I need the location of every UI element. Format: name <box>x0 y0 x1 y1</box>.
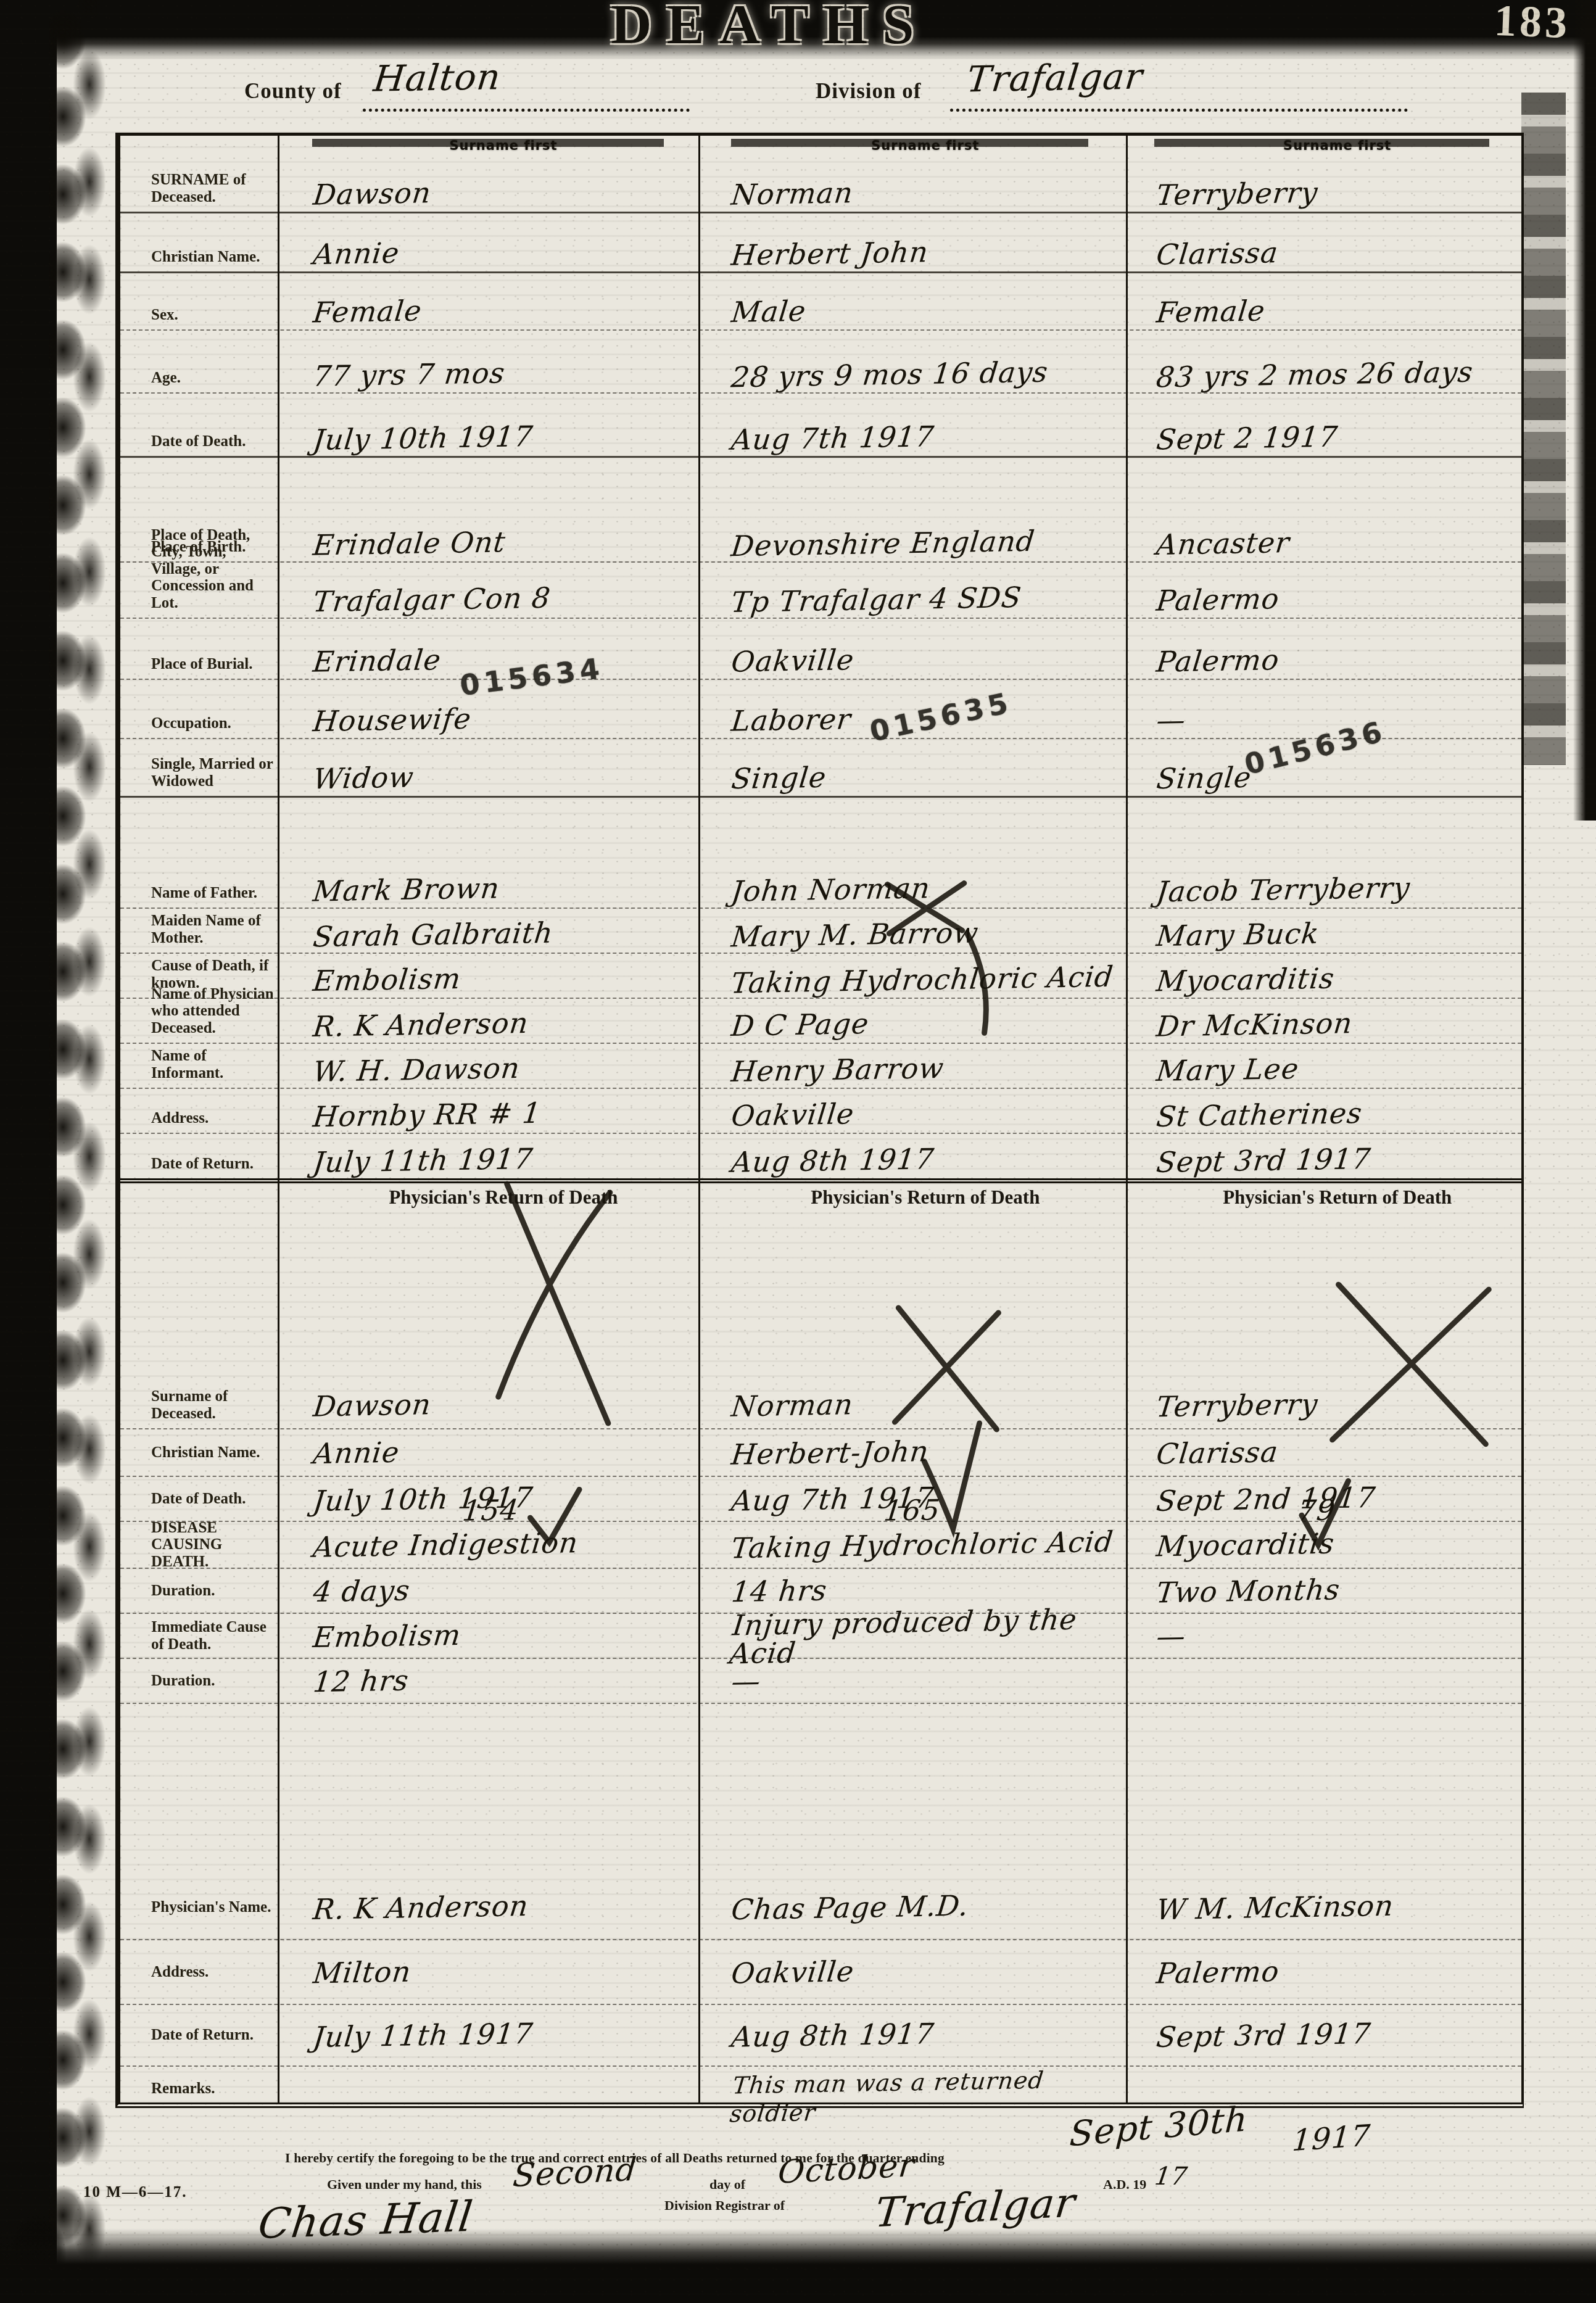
division-underline <box>950 109 1408 112</box>
entry-cell: Hornby RR # 1 <box>279 1089 697 1133</box>
entry-cell: Taking Hydrochloric Acid <box>697 954 1122 998</box>
row-label: Place of Death, City, Town, Village, or … <box>120 563 279 618</box>
table-row-date-of-death: Date of Death. July 10th 1917 Aug 7th 19… <box>120 394 1521 458</box>
pr-row-physician-name: Physician's Name. R. K Anderson Chas Pag… <box>120 1875 1521 1940</box>
table-row-surname: SURNAME of Deceased. Dawson Norman Terry… <box>120 159 1521 213</box>
entry-cell: Widow <box>279 739 697 796</box>
entry-cell: Devonshire England <box>697 458 1122 561</box>
physicians-return-header-row: Physician's Return of Death Physician's … <box>120 1178 1521 1215</box>
entry-cell: Annie <box>279 213 697 271</box>
table-row-place-of-birth: Place of Birth. Erindale Ont Devonshire … <box>120 458 1521 563</box>
entry-cell: — <box>697 1659 1122 1703</box>
spacer-row <box>120 1215 1521 1382</box>
row-label: Address. <box>120 1940 279 2004</box>
entry-cell: 12 hrs <box>279 1659 697 1703</box>
entry-cell: St Catherines <box>1122 1089 1521 1133</box>
row-label: DISEASE CAUSING DEATH. <box>120 1522 279 1568</box>
surname-first-header: Surname first <box>279 136 697 159</box>
entry-cell: Terryberry <box>1122 1382 1521 1428</box>
given-day-value: Second <box>511 2151 639 2194</box>
entry-cell: Palermo <box>1122 563 1521 618</box>
county-division-line: County of Halton Division of Trafalgar <box>0 65 1596 118</box>
entry-cell: Erindale Ont <box>279 458 697 561</box>
entry-cell: Norman <box>697 159 1122 212</box>
month-value: October <box>777 2147 916 2191</box>
given-under-hand-text: Given under my hand, this <box>327 2177 482 2193</box>
entry-cell: Mark Brown <box>279 798 697 908</box>
entry-cell: July 11th 1917 <box>279 1134 697 1178</box>
entry-cell: Herbert John <box>697 213 1122 271</box>
entry-cell: R. K Anderson <box>279 1875 697 1939</box>
table-row-cause-of-death: Cause of Death, if known. Embolism Takin… <box>120 954 1521 999</box>
row-label: Physician's Name. <box>120 1875 279 1939</box>
entry-cell: July 11th 1917 <box>279 2005 697 2065</box>
spacer-row <box>120 1704 1521 1875</box>
scan-left-binding-edge <box>0 0 57 2303</box>
table-row-occupation: Occupation. Housewife Laborer — <box>120 680 1521 739</box>
table-row-address: Address. Hornby RR # 1 Oakville St Cathe… <box>120 1089 1521 1134</box>
entry-cell: — <box>1122 1614 1521 1658</box>
disease-code: 154 <box>461 1495 521 1525</box>
entry-cell: Annie <box>279 1429 697 1476</box>
row-label: Address. <box>120 1089 279 1133</box>
table-row-place-of-burial: Place of Burial. Erindale Oakville Paler… <box>120 619 1521 680</box>
entry-cell: Dawson <box>279 1382 697 1428</box>
table-row-date-of-return: Date of Return. July 11th 1917 Aug 8th 1… <box>120 1134 1521 1178</box>
pr-row-remarks: Remarks. This man was a returned soldier <box>120 2067 1521 2111</box>
entry-cell: Trafalgar Con 8 <box>279 563 697 618</box>
entry-cell: Palermo <box>1122 1940 1521 2004</box>
entry-cell: Female <box>279 273 697 329</box>
entry-cell: Sept 3rd 1917 <box>1122 2005 1521 2065</box>
entry-cell: Dr McKinson <box>1122 999 1521 1043</box>
entry-cell: Chas Page M.D. <box>697 1875 1122 1939</box>
entry-cell: Female <box>1122 273 1521 329</box>
pr-row-surname: Surname of Deceased. Dawson Norman Terry… <box>120 1382 1521 1429</box>
row-label: SURNAME of Deceased. <box>120 159 279 212</box>
label-cell <box>120 1183 279 1215</box>
row-label: Christian Name. <box>120 1429 279 1476</box>
division-label: Division of <box>816 79 921 104</box>
entry-cell <box>279 2067 697 2111</box>
entry-cell: Dawson <box>279 159 697 212</box>
pr-row-immediate-cause: Immediate Cause of Death. Embolism Injur… <box>120 1614 1521 1659</box>
row-label: Duration. <box>120 1659 279 1703</box>
row-label: Surname of Deceased. <box>120 1382 279 1428</box>
entry-cell: D C Page <box>697 999 1122 1043</box>
entry-cell: Aug 8th 1917 <box>697 1134 1122 1178</box>
entry-cell: Mary Lee <box>1122 1044 1521 1088</box>
row-label: Date of Death. <box>120 394 279 456</box>
section-header: Physician's Return of Death <box>279 1183 697 1215</box>
entry-cell: Norman <box>697 1382 1122 1428</box>
entry-cell: Two Months <box>1122 1569 1521 1613</box>
section-header: Physician's Return of Death <box>697 1183 1122 1215</box>
column-header-row: Surname first Surname first Surname firs… <box>120 136 1521 159</box>
entry-cell: Clarissa <box>1122 1429 1521 1476</box>
row-label: Single, Married or Widowed <box>120 739 279 796</box>
entry-cell: Embolism <box>279 1614 697 1658</box>
table-row-father: Name of Father. Mark Brown John Norman J… <box>120 798 1521 909</box>
entry-cell: Mary M. Barrow <box>697 909 1122 953</box>
entry-cell: Palermo <box>1122 619 1521 679</box>
entry-cell: This man was a returned soldier <box>697 2067 1122 2111</box>
row-label: Name of Informant. <box>120 1044 279 1088</box>
register-table: Surname first Surname first Surname firs… <box>115 133 1524 2108</box>
column-divider <box>698 136 700 2102</box>
disease-code: 165 <box>883 1495 942 1525</box>
table-row-physician: Name of Physician who attended Deceased.… <box>120 999 1521 1044</box>
row-label: Christian Name. <box>120 213 279 271</box>
county-label: County of <box>244 79 342 104</box>
entry-cell: Injury produced by the Acid <box>697 1614 1122 1658</box>
pr-row-date-of-return: Date of Return. July 11th 1917 Aug 8th 1… <box>120 2005 1521 2067</box>
entry-cell: Mary Buck <box>1122 909 1521 953</box>
entry-cell: Oakville <box>697 1089 1122 1133</box>
entry-cell: Aug 8th 1917 <box>697 2005 1122 2065</box>
table-row-place-of-death: Place of Death, City, Town, Village, or … <box>120 563 1521 619</box>
ad-label: A.D. 19 <box>1103 2177 1146 2193</box>
table-row-mother: Maiden Name of Mother. Sarah Galbraith M… <box>120 909 1521 954</box>
entry-cell <box>1122 2067 1521 2111</box>
section-header: Physician's Return of Death <box>1122 1183 1521 1215</box>
row-label: Immediate Cause of Death. <box>120 1614 279 1658</box>
entry-cell: 4 days <box>279 1569 697 1613</box>
entry-cell: Milton <box>279 1940 697 2004</box>
table-row-christian-name: Christian Name. Annie Herbert John Clari… <box>120 213 1521 273</box>
entry-cell: 83 yrs 2 mos 26 days <box>1122 331 1521 392</box>
row-label: Date of Death. <box>120 1477 279 1521</box>
entry-cell: Male <box>697 273 1122 329</box>
county-underline <box>363 109 690 112</box>
entry-cell: Single <box>697 739 1122 796</box>
table-row-informant: Name of Informant. W. H. Dawson Henry Ba… <box>120 1044 1521 1089</box>
entry-cell: Oakville <box>697 619 1122 679</box>
entry-cell: Sarah Galbraith <box>279 909 697 953</box>
row-label: Age. <box>120 331 279 392</box>
entry-cell: Herbert-John <box>697 1429 1122 1476</box>
pr-row-christian-name: Christian Name. Annie Herbert-John Clari… <box>120 1429 1521 1477</box>
day-of-label: day of <box>709 2177 745 2193</box>
entry-cell: 165Taking Hydrochloric Acid <box>697 1522 1122 1568</box>
entry-cell: 154Acute Indigestion <box>279 1522 697 1568</box>
entry-cell: 28 yrs 9 mos 16 days <box>697 331 1122 392</box>
entry-cell: W M. McKinson <box>1122 1875 1521 1939</box>
entry-cell: Ancaster <box>1122 458 1521 561</box>
entry-cell: 77 yrs 7 mos <box>279 331 697 392</box>
entry-cell: John Norman <box>697 798 1122 908</box>
entry-cell: Sept 3rd 1917 <box>1122 1134 1521 1178</box>
entry-cell: Oakville <box>697 1940 1122 2004</box>
entry-cell: Henry Barrow <box>697 1044 1122 1088</box>
row-label: Sex. <box>120 273 279 329</box>
entry-cell: Embolism <box>279 954 697 998</box>
entry-cell: Jacob Terryberry <box>1122 798 1521 908</box>
pr-row-disease: DISEASE CAUSING DEATH. 154Acute Indigest… <box>120 1522 1521 1569</box>
column-divider <box>278 136 279 2102</box>
disease-code: 79 <box>1296 1495 1337 1524</box>
ad-year-value: 17 <box>1153 2162 1189 2191</box>
quarter-ending-year: 1917 <box>1291 2119 1372 2159</box>
entry-cell: 79Myocarditis <box>1122 1522 1521 1568</box>
row-label: Name of Father. <box>120 798 279 908</box>
surname-first-header: Surname first <box>1122 136 1521 159</box>
surname-first-header: Surname first <box>697 136 1122 159</box>
page-number: 183 <box>1494 0 1571 49</box>
entry-cell: July 10th 1917 <box>279 394 697 456</box>
entry-cell: Sept 2 1917 <box>1122 394 1521 456</box>
page-title: DEATHS <box>611 0 929 57</box>
scan-right-streaks <box>1521 93 1566 765</box>
scan-right-edge <box>1573 0 1596 821</box>
entry-cell: R. K Anderson <box>279 999 697 1043</box>
death-register-scan: DEATHS 183 County of Halton Division of … <box>0 0 1596 2303</box>
label-cell <box>120 136 279 159</box>
division-registrar-label: Division Registrar of <box>664 2198 785 2214</box>
entry-cell: W. H. Dawson <box>279 1044 697 1088</box>
entry-cell: Clarissa <box>1122 213 1521 271</box>
county-value: Halton <box>371 56 503 100</box>
row-label: Maiden Name of Mother. <box>120 909 279 953</box>
entry-cell: Tp Trafalgar 4 SDS <box>697 563 1122 618</box>
entry-cell: Terryberry <box>1122 159 1521 212</box>
row-label: Duration. <box>120 1569 279 1613</box>
pr-row-address: Address. Milton Oakville Palermo <box>120 1940 1521 2005</box>
pr-row-duration-2: Duration. 12 hrs — <box>120 1659 1521 1704</box>
row-label: Date of Return. <box>120 1134 279 1178</box>
scan-bottom-edge <box>0 2228 1596 2303</box>
division-value: Trafalgar <box>965 56 1145 101</box>
table-row-sex: Sex. Female Male Female <box>120 273 1521 331</box>
entry-cell <box>1122 1659 1521 1703</box>
row-label: Name of Physician who attended Deceased. <box>120 999 279 1043</box>
row-label: Place of Burial. <box>120 619 279 679</box>
table-row-age: Age. 77 yrs 7 mos 28 yrs 9 mos 16 days 8… <box>120 331 1521 394</box>
entry-cell: Aug 7th 1917 <box>697 394 1122 456</box>
entry-cell: Myocarditis <box>1122 954 1521 998</box>
column-divider <box>1126 136 1128 2102</box>
certify-text: I hereby certify the foregoing to be the… <box>285 2151 945 2166</box>
row-label: Occupation. <box>120 680 279 738</box>
